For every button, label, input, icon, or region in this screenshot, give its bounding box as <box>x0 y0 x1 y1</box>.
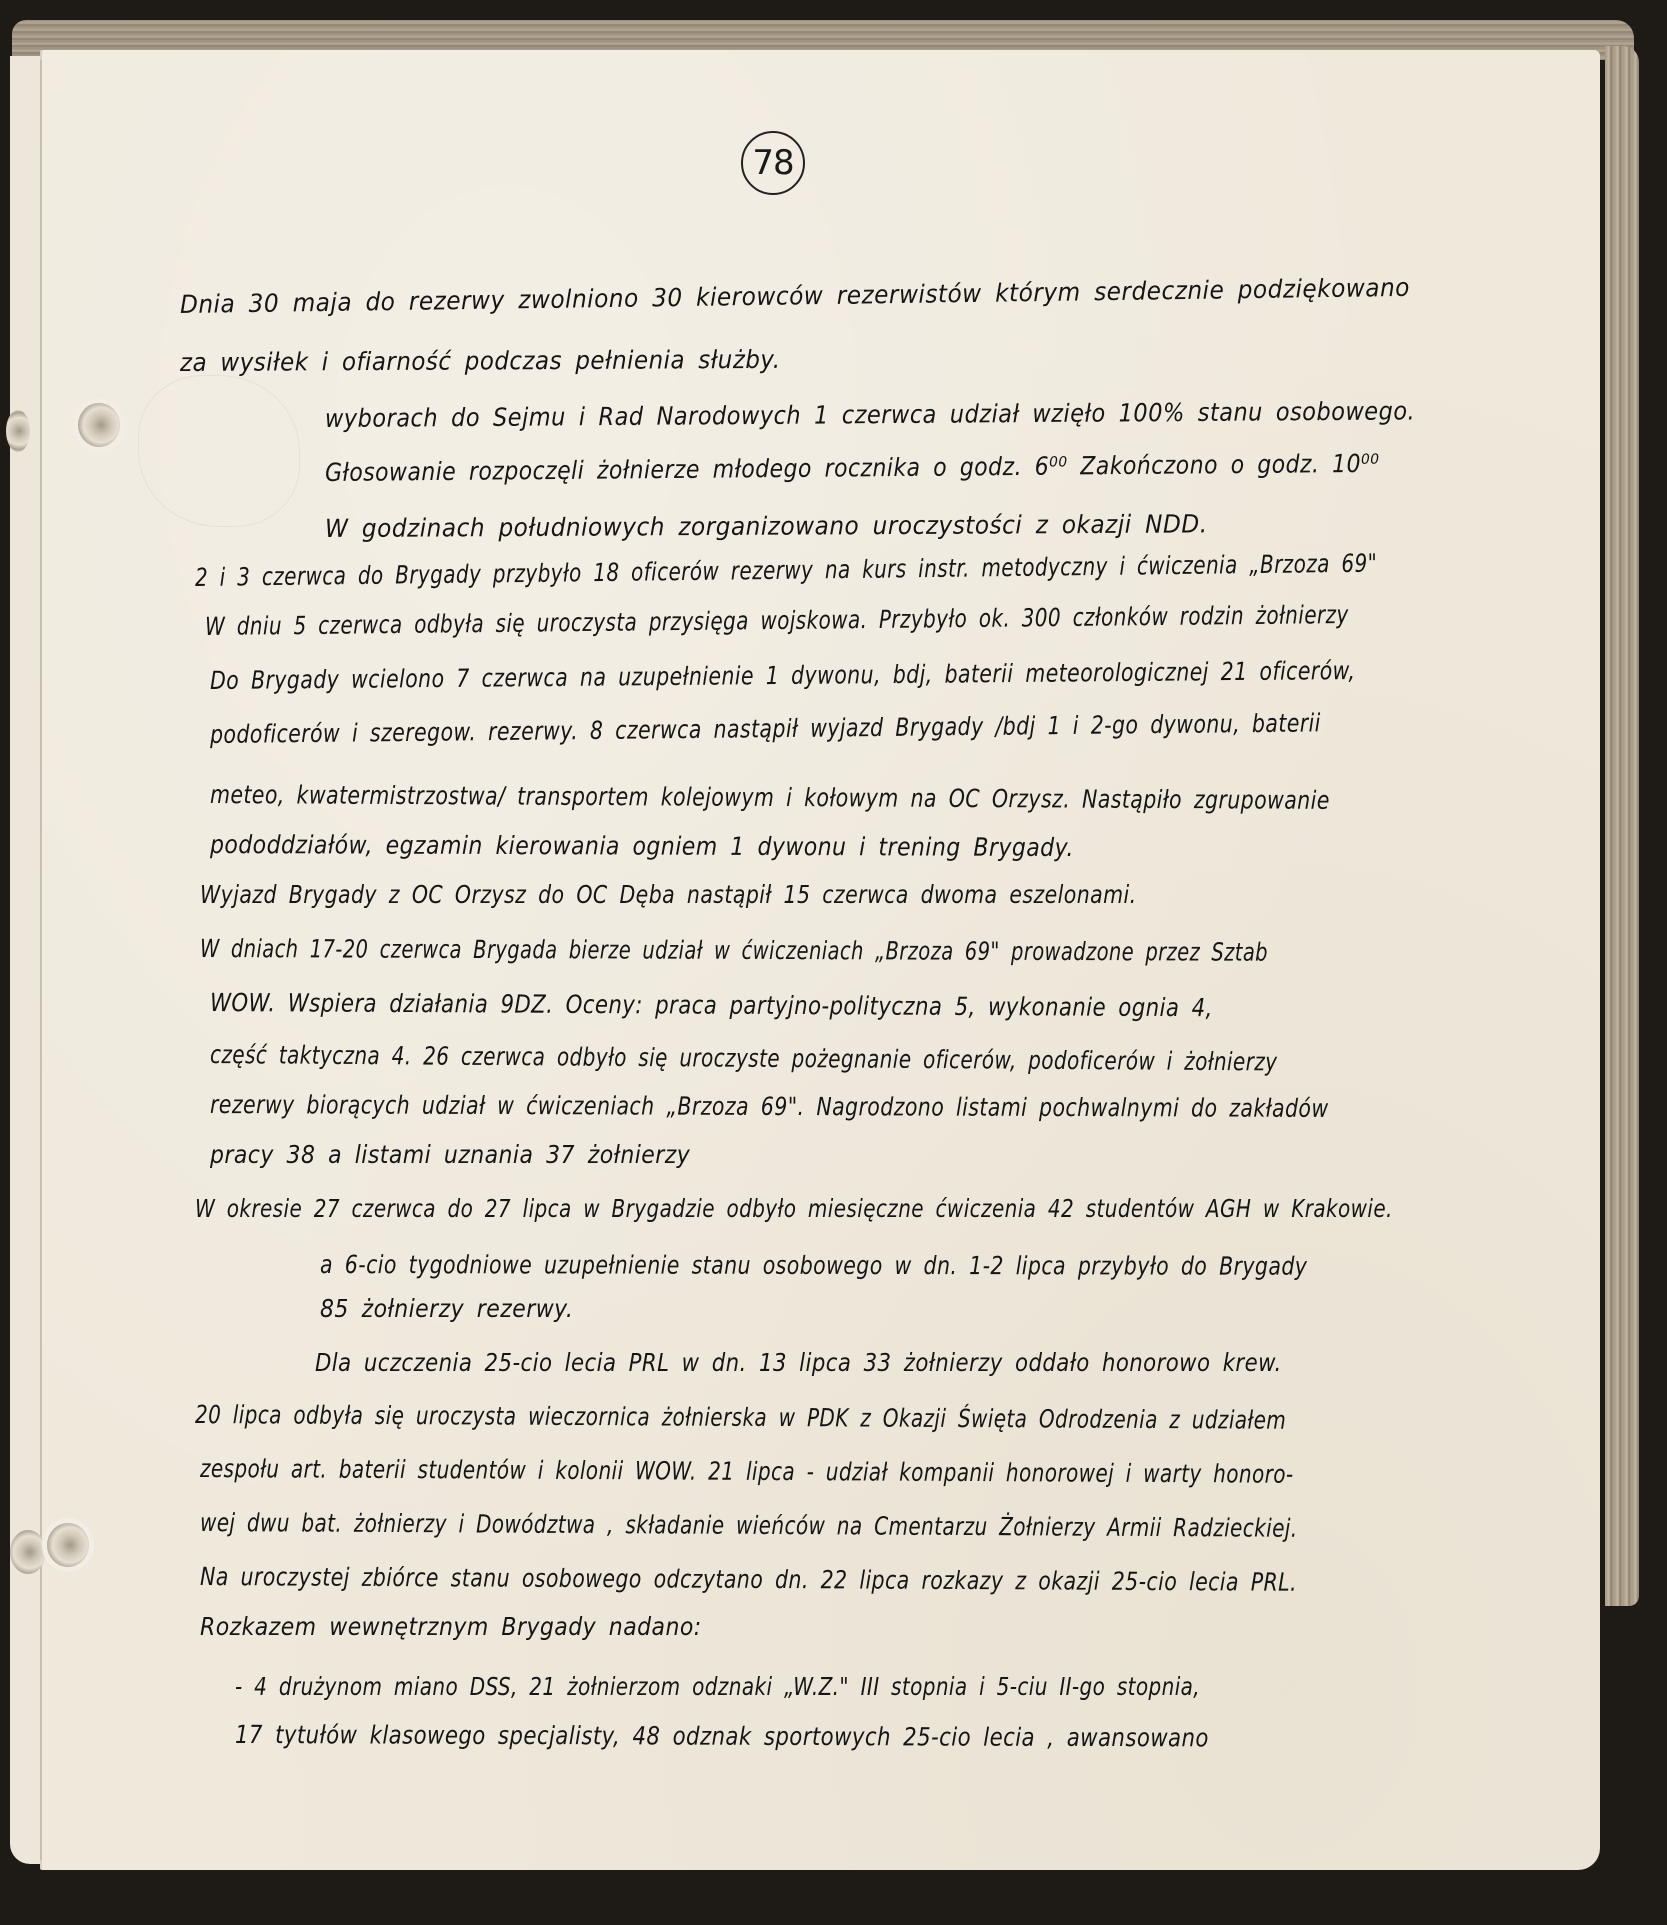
text-line: 85 żołnierzy rezerwy. <box>320 1294 573 1323</box>
scanned-notebook: 78 Dnia 30 maja do rezerwy zwolniono 30 … <box>0 0 1667 1925</box>
text-line: Głosowanie rozpoczęli żołnierze młodego … <box>325 449 1380 487</box>
text-line: Dla uczczenia 25-cio lecia PRL w dn. 13 … <box>315 1348 1282 1377</box>
text-line: a 6-cio tygodniowe uzupełnienie stanu os… <box>320 1250 1307 1281</box>
text-line: 2 i 3 czerwca do Brygady przybyło 18 ofi… <box>195 549 1378 592</box>
text-line: wyborach do Sejmu i Rad Narodowych 1 cze… <box>325 396 1415 433</box>
text-line: 17 tytułów klasowego specjalisty, 48 odz… <box>235 1720 1209 1752</box>
handwritten-text-body: Dnia 30 maja do rezerwy zwolniono 30 kie… <box>0 0 1667 1925</box>
text-line: wej dwu bat. żołnierzy i Dowództwa , skł… <box>200 1508 1298 1543</box>
text-line: Do Brygady wcielono 7 czerwca na uzupełn… <box>210 656 1356 695</box>
text-line: 20 lipca odbyła się uroczysta wieczornic… <box>195 1400 1286 1435</box>
text-line: Rozkazem wewnętrznym Brygady nadano: <box>200 1612 702 1641</box>
text-line: WOW. Wspiera działania 9DZ. Oceny: praca… <box>210 988 1213 1022</box>
text-line: W dniach 17-20 czerwca Brygada bierze ud… <box>200 934 1268 967</box>
text-line: meteo, kwatermistrzostwa/ transportem ko… <box>210 780 1330 815</box>
text-line: Na uroczystej zbiórce stanu osobowego od… <box>200 1562 1297 1597</box>
text-line: część taktyczna 4. 26 czerwca odbyło się… <box>210 1040 1278 1076</box>
text-line: pododdziałów, egzamin kierowania ogniem … <box>210 830 1074 862</box>
text-line: W dniu 5 czerwca odbyła się uroczysta pr… <box>205 600 1349 641</box>
text-line: W okresie 27 czerwca do 27 lipca w Bryga… <box>195 1194 1393 1223</box>
text-line: Dnia 30 maja do rezerwy zwolniono 30 kie… <box>180 273 1410 319</box>
text-line: podoficerów i szeregow. rezerwy. 8 czerw… <box>210 708 1321 749</box>
text-line: pracy 38 a listami uznania 37 żołnierzy <box>210 1140 690 1169</box>
text-line: W godzinach południowych zorganizowano u… <box>325 509 1208 543</box>
text-line: Wyjazd Brygady z OC Orzysz do OC Dęba na… <box>200 880 1137 909</box>
text-line: - 4 drużynom miano DSS, 21 żołnierzom od… <box>235 1672 1200 1701</box>
text-line: zespołu art. baterii studentów i kolonii… <box>200 1454 1294 1489</box>
text-line: za wysiłek i ofiarność podczas pełnienia… <box>180 345 781 377</box>
text-line: rezerwy biorących udział w ćwiczeniach „… <box>210 1090 1329 1123</box>
